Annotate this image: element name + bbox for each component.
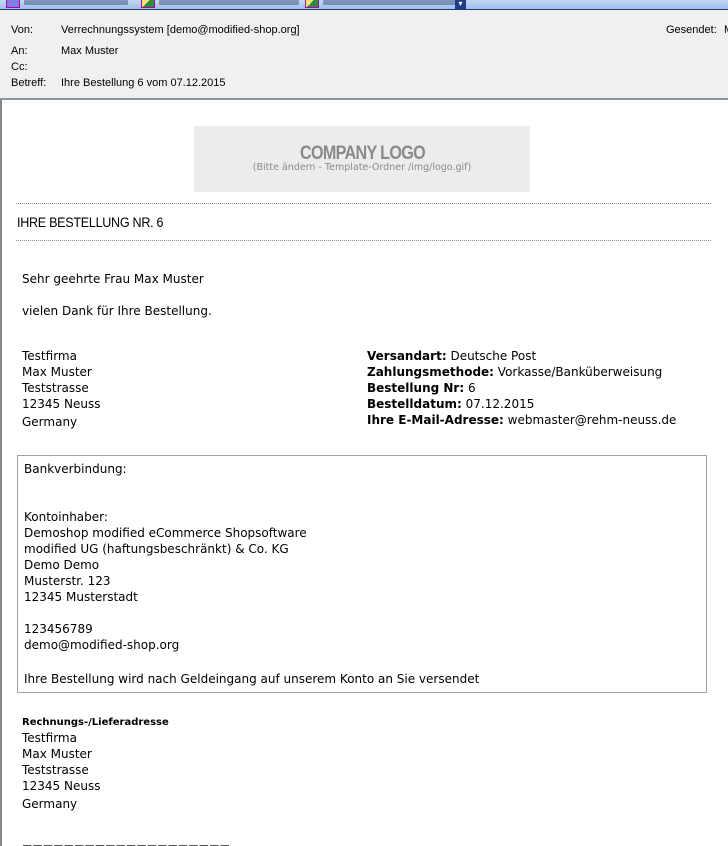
from-value[interactable]: Verrechnungssystem [demo@modified-shop.o… <box>61 24 300 36</box>
greeting: Sehr geehrte Frau Max Muster <box>22 271 204 287</box>
divider <box>16 240 711 241</box>
owner-label: Kontoinhaber: <box>24 510 108 524</box>
address-line: Germany <box>22 796 100 812</box>
address-line: Testfirma <box>22 730 100 746</box>
sent-label: Gesendet: <box>666 24 717 36</box>
subject-row: Betreff: Ihre Bestellung 6 vom 07.12.201… <box>11 77 226 89</box>
address-line: Max Muster <box>22 746 100 762</box>
info-email: Ihre E-Mail-Adresse: webmaster@rehm-neus… <box>367 412 676 428</box>
payment-note: Ihre Bestellung wird nach Geldeingang au… <box>24 672 479 686</box>
to-row: An: Max Muster <box>11 45 118 57</box>
order-title: IHRE BESTELLUNG NR. 6 <box>17 215 163 230</box>
info-order-number: Bestellung Nr: 6 <box>367 380 676 396</box>
from-row: Von: Verrechnungssystem [demo@modified-s… <box>11 24 300 36</box>
message-header: Von: Verrechnungssystem [demo@modified-s… <box>0 11 728 99</box>
billing-address: Testfirma Max Muster Teststrasse 12345 N… <box>22 730 100 812</box>
message-body: COMPANY LOGO (Bitte ändern - Template-Or… <box>0 100 728 846</box>
toolbar-link-3[interactable] <box>305 0 463 8</box>
bank-details-box: Bankverbindung: Kontoinhaber: Demoshop m… <box>17 455 707 693</box>
address-line: Teststrasse <box>22 762 100 778</box>
sent-value: M <box>724 24 728 36</box>
page-icon <box>6 0 20 8</box>
company-logo: COMPANY LOGO (Bitte ändern - Template-Or… <box>194 126 530 192</box>
chevron-down-icon[interactable]: ▾ <box>455 0 466 10</box>
from-label: Von: <box>11 24 61 36</box>
web-slice-icon <box>141 0 155 8</box>
cc-row: Cc: <box>11 61 61 73</box>
subject-value: Ihre Bestellung 6 vom 07.12.2015 <box>61 77 226 89</box>
bank-heading: Bankverbindung: <box>24 462 127 476</box>
address-line: Testfirma <box>22 348 100 364</box>
truncated-section-heading: ▬▬▬▬▬▬▬▬▬▬▬▬▬▬▬▬▬▬▬▬ <box>22 840 282 846</box>
owner-line: Musterstr. 123 <box>24 574 111 588</box>
address-line: Max Muster <box>22 364 100 380</box>
toolbar-link-1[interactable] <box>6 0 128 8</box>
address-line: 12345 Neuss <box>22 778 100 794</box>
order-info: Versandart: Deutsche Post Zahlungsmethod… <box>367 348 676 428</box>
links-toolbar: ▾ <box>0 0 728 10</box>
owner-line: Demoshop modified eCommerce Shopsoftware <box>24 526 307 540</box>
owner-line: modified UG (haftungsbeschränkt) & Co. K… <box>24 542 289 556</box>
to-label: An: <box>11 45 61 57</box>
cc-label: Cc: <box>11 61 61 73</box>
email-link[interactable]: webmaster@rehm-neuss.de <box>508 413 677 427</box>
logo-title: COMPANY LOGO <box>300 143 425 165</box>
to-value[interactable]: Max Muster <box>61 45 118 57</box>
address-line: Teststrasse <box>22 380 100 396</box>
bank-email[interactable]: demo@modified-shop.org <box>24 638 179 652</box>
web-slice-icon <box>305 0 319 8</box>
info-payment: Zahlungsmethode: Vorkasse/Banküberweisun… <box>367 364 676 380</box>
address-line: Germany <box>22 414 100 430</box>
subject-label: Betreff: <box>11 77 61 89</box>
info-order-date: Bestelldatum: 07.12.2015 <box>367 396 676 412</box>
owner-line: Demo Demo <box>24 558 99 572</box>
thanks-text: vielen Dank für Ihre Bestellung. <box>22 303 212 319</box>
billing-address-label: Rechnungs-/Lieferadresse <box>22 717 169 728</box>
toolbar-link-2[interactable] <box>141 0 299 8</box>
owner-line: 12345 Musterstadt <box>24 590 138 604</box>
customer-address: Testfirma Max Muster Teststrasse 12345 N… <box>22 348 100 430</box>
address-line: 12345 Neuss <box>22 396 100 412</box>
account-number: 123456789 <box>24 622 93 636</box>
info-shipping: Versandart: Deutsche Post <box>367 348 676 364</box>
divider <box>16 203 711 204</box>
